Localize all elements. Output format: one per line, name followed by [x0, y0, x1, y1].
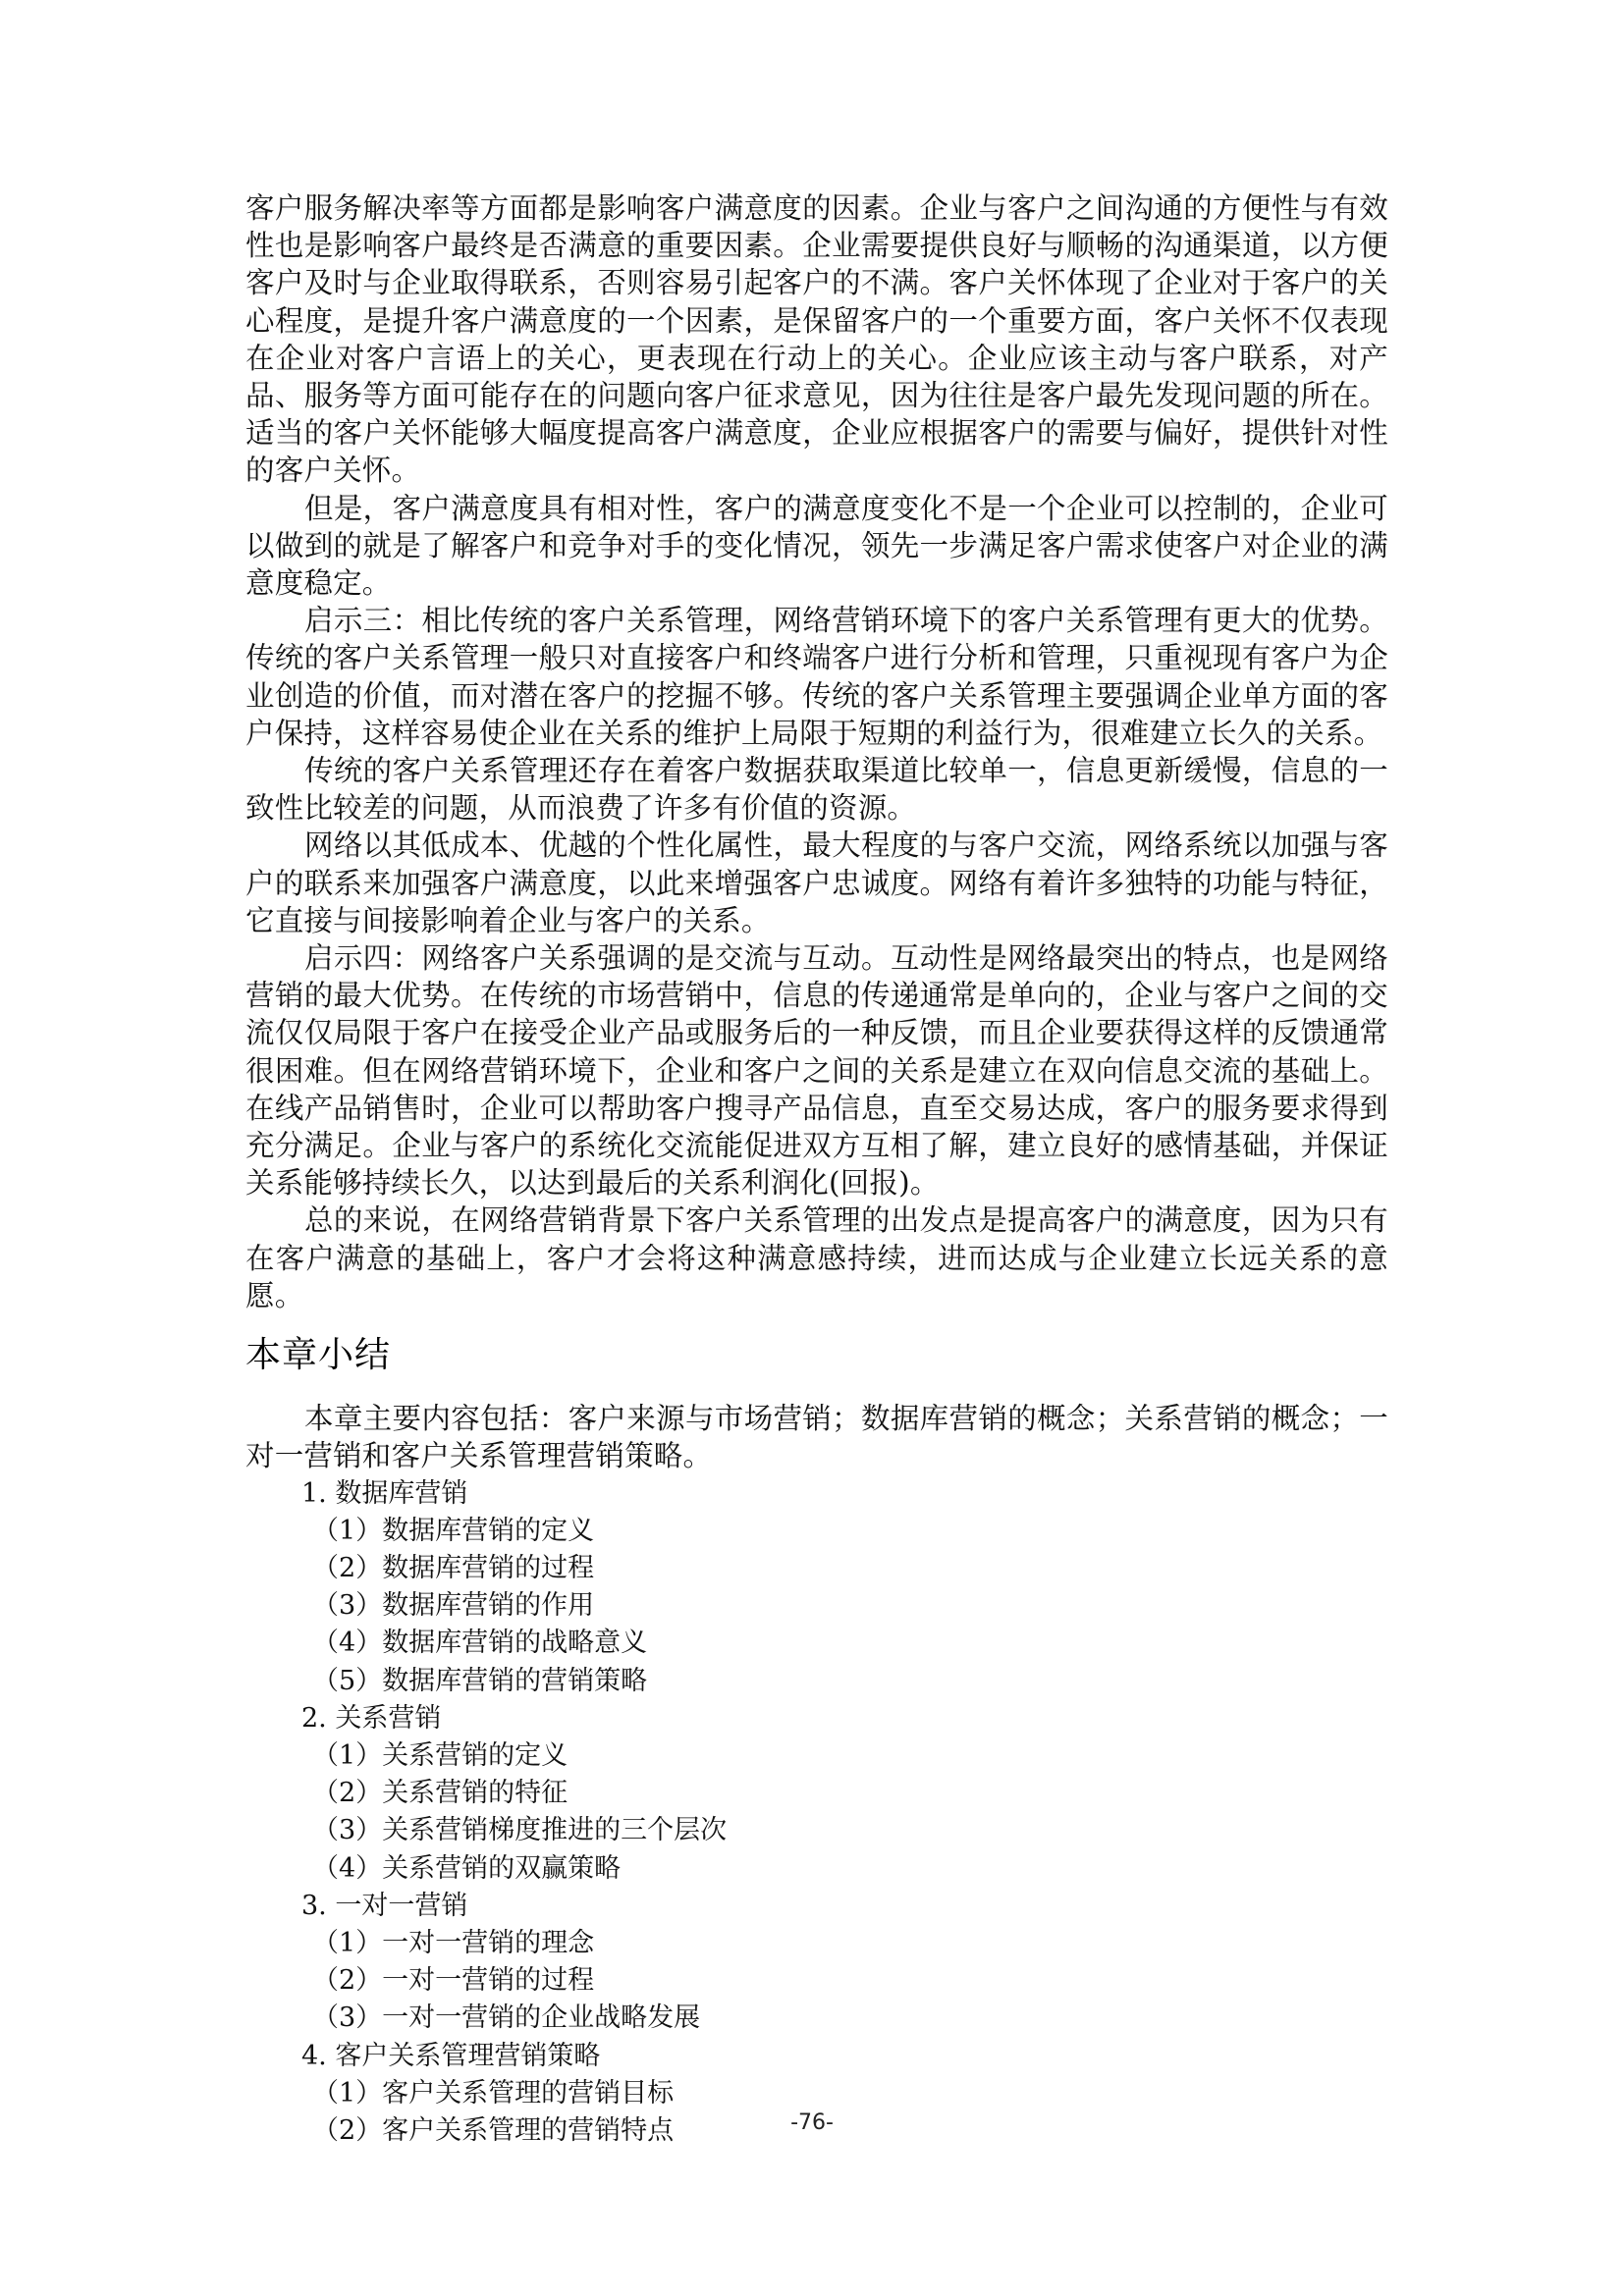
- outline-item: （1）一对一营销的理念: [245, 1925, 1388, 1962]
- outline-section-title: 3. 一对一营销: [245, 1888, 1388, 1925]
- body-paragraph-2: 但是，客户满意度具有相对性，客户的满意度变化不是一个企业可以控制的，企业可以做到…: [245, 490, 1388, 603]
- outline-item: （4）关系营销的双赢策略: [245, 1850, 1388, 1888]
- body-paragraph-3: 启示三：相比传统的客户关系管理，网络营销环境下的客户关系管理有更大的优势。传统的…: [245, 602, 1388, 752]
- body-paragraph-1: 客户服务解决率等方面都是影响客户满意度的因素。企业与客户之间沟通的方便性与有效性…: [245, 189, 1388, 490]
- page-number: -76-: [0, 2110, 1624, 2135]
- section-heading-chapter-summary: 本章小结: [245, 1331, 1388, 1380]
- outline-section-title: 1. 数据库营销: [245, 1475, 1388, 1513]
- outline-item: （2）关系营销的特征: [245, 1775, 1388, 1812]
- body-paragraph-4: 传统的客户关系管理还存在着客户数据获取渠道比较单一，信息更新缓慢，信息的一致性比…: [245, 752, 1388, 827]
- body-paragraph-6: 启示四：网络客户关系强调的是交流与互动。互动性是网络最突出的特点，也是网络营销的…: [245, 939, 1388, 1201]
- outline-item: （4）数据库营销的战略意义: [245, 1625, 1388, 1662]
- outline-item: （3）数据库营销的作用: [245, 1587, 1388, 1625]
- summary-outline: 1. 数据库营销 （1）数据库营销的定义 （2）数据库营销的过程 （3）数据库营…: [245, 1475, 1388, 2151]
- body-paragraph-5: 网络以其低成本、优越的个性化属性，最大程度的与客户交流，网络系统以加强与客户的联…: [245, 827, 1388, 939]
- outline-item: （2）一对一营销的过程: [245, 1962, 1388, 2000]
- summary-intro: 本章主要内容包括：客户来源与市场营销；数据库营销的概念；关系营销的概念；一对一营…: [245, 1400, 1388, 1474]
- outline-section-title: 4. 客户关系管理营销策略: [245, 2038, 1388, 2075]
- document-page: 客户服务解决率等方面都是影响客户满意度的因素。企业与客户之间沟通的方便性与有效性…: [245, 189, 1388, 2150]
- outline-item: （3）关系营销梯度推进的三个层次: [245, 1812, 1388, 1849]
- outline-item: （2）数据库营销的过程: [245, 1550, 1388, 1587]
- outline-item: （1）数据库营销的定义: [245, 1513, 1388, 1550]
- outline-item: （1）客户关系管理的营销目标: [245, 2075, 1388, 2112]
- body-paragraph-7: 总的来说，在网络营销背景下客户关系管理的出发点是提高客户的满意度，因为只有在客户…: [245, 1201, 1388, 1314]
- outline-item: （1）关系营销的定义: [245, 1737, 1388, 1775]
- outline-section-title: 2. 关系营销: [245, 1700, 1388, 1737]
- outline-item: （3）一对一营销的企业战略发展: [245, 2000, 1388, 2037]
- outline-item: （5）数据库营销的营销策略: [245, 1663, 1388, 1700]
- chapter-summary: 本章主要内容包括：客户来源与市场营销；数据库营销的概念；关系营销的概念；一对一营…: [245, 1400, 1388, 2150]
